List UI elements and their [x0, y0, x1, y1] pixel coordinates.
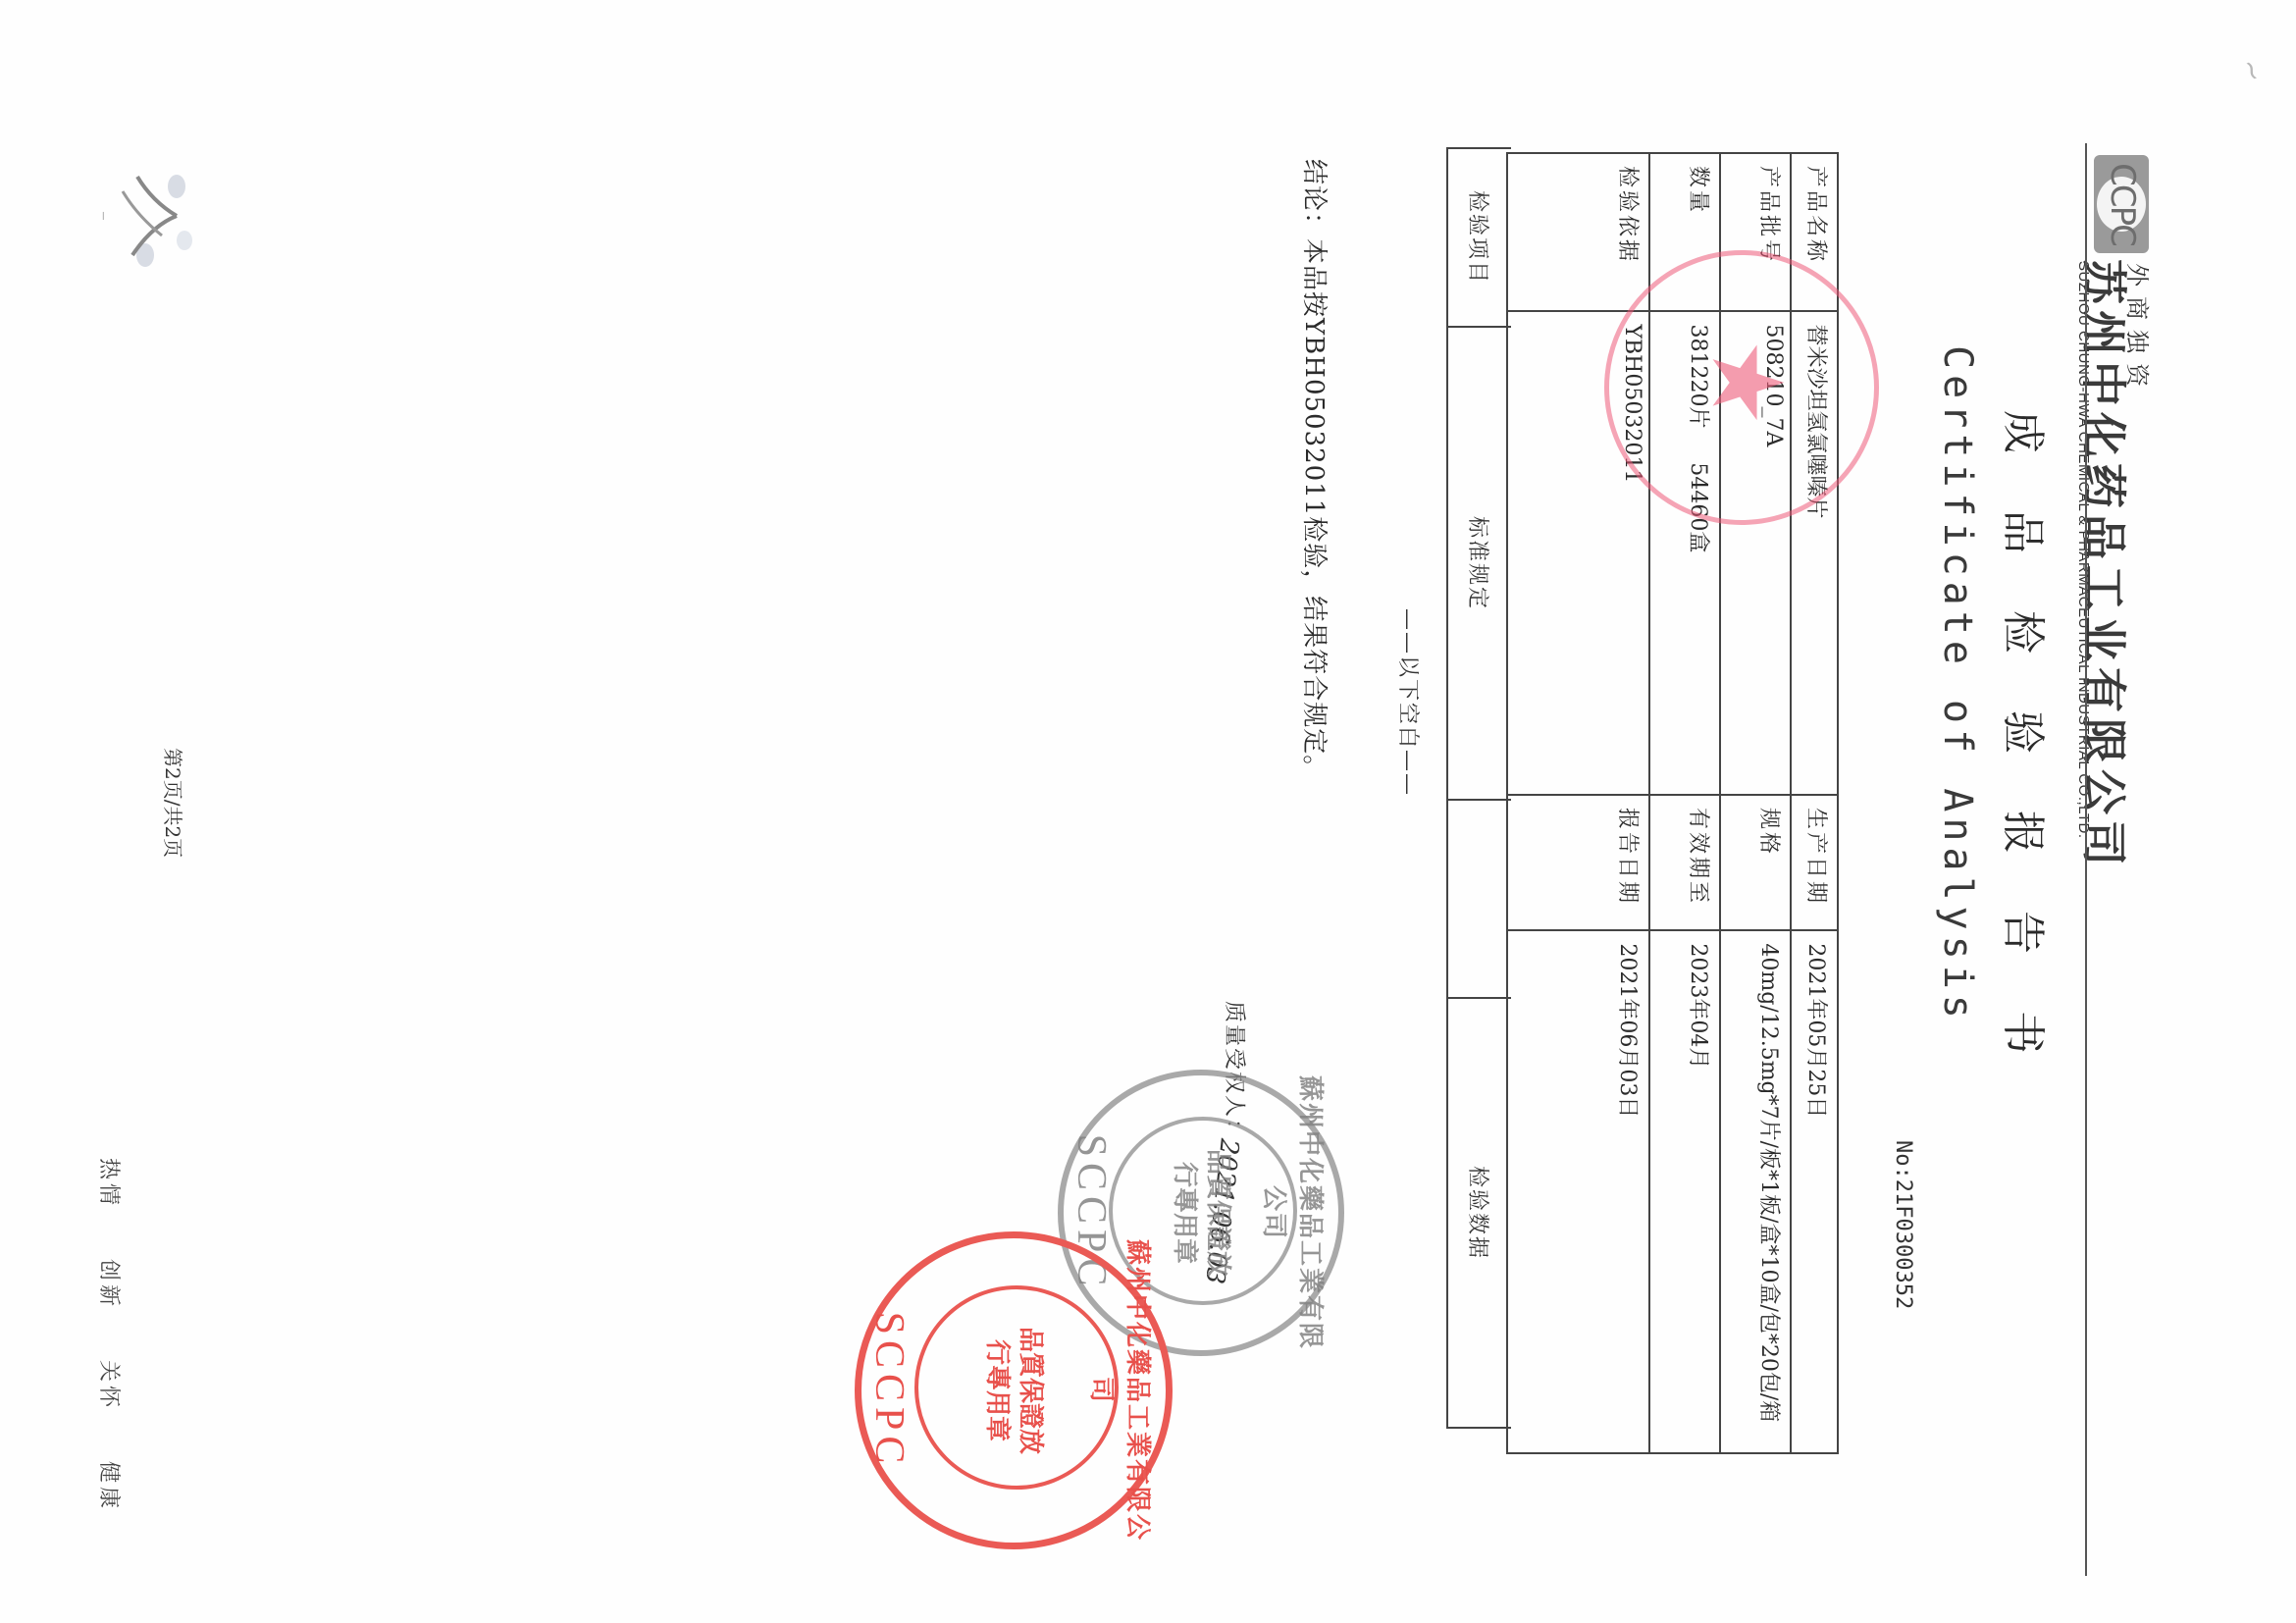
value-specification: 40mg/12.5mg*7片/板*1板/盒*10盒/包*20包/箱	[1720, 930, 1791, 1453]
value-report-date: 2021年06月03日	[1507, 930, 1649, 1453]
document-title-en: Certificate of Analysis	[1935, 345, 1980, 1024]
ccpc-logo-icon: CCPC	[2094, 155, 2149, 253]
footer-logo-icon: —	[88, 147, 206, 285]
certificate-page: ~ CCPC 外商独资 苏州中化药品工业有限公司 SUZHOU CHUNG-HW…	[0, 0, 2296, 1623]
label-production-date: 生产日期	[1791, 795, 1838, 930]
test-items-table: 检验项目 标准规定 检验数据	[1446, 147, 1511, 1429]
scan-mark: ~	[2233, 54, 2271, 86]
page-number: 第2页/共2页	[160, 748, 188, 858]
company-name-en: SUZHOU CHUNG-HWA CHEMICAL & PHARMACEUTIC…	[2075, 261, 2092, 839]
label-expiry: 有效期至	[1649, 795, 1720, 930]
blank-below-marker: ——以下空白——	[1394, 608, 1425, 797]
header-divider	[2085, 143, 2087, 1576]
document-title: 成品检验报告书	[1996, 410, 2059, 1111]
conclusion: 结论：本品按YBH05032011检验，结果符合规定。	[1298, 159, 1334, 781]
logo-text: CCPC	[2103, 155, 2142, 253]
header-standard: 标准规定	[1447, 327, 1511, 800]
table-header-row: 检验项目 标准规定 检验数据	[1447, 148, 1511, 1428]
star-icon: ★	[1697, 339, 1796, 427]
value-production-date: 2021年05月25日	[1791, 930, 1838, 1453]
report-number: No:21F0300352	[1891, 1140, 1915, 1309]
company-seal-stamp: ★	[1604, 250, 1879, 525]
header-test-data: 检验数据	[1447, 998, 1511, 1428]
footer-logo-text: —	[98, 147, 108, 285]
header-test-item: 检验项目	[1447, 148, 1511, 327]
label-specification: 规格	[1720, 795, 1791, 930]
label-report-date: 报告日期	[1507, 795, 1649, 930]
footer-slogan: 热情 创新 关怀 健康	[95, 1158, 126, 1512]
header-blank	[1447, 800, 1511, 998]
label-test-basis: 检验依据	[1507, 153, 1649, 311]
qa-release-stamp-red: 蘇州中化藥品工業有限公司 品質保證放行專用章 SCCPC	[855, 1231, 1173, 1549]
stamp-abbr: SCCPC	[865, 1238, 913, 1543]
value-expiry: 2023年04月	[1649, 930, 1720, 1453]
